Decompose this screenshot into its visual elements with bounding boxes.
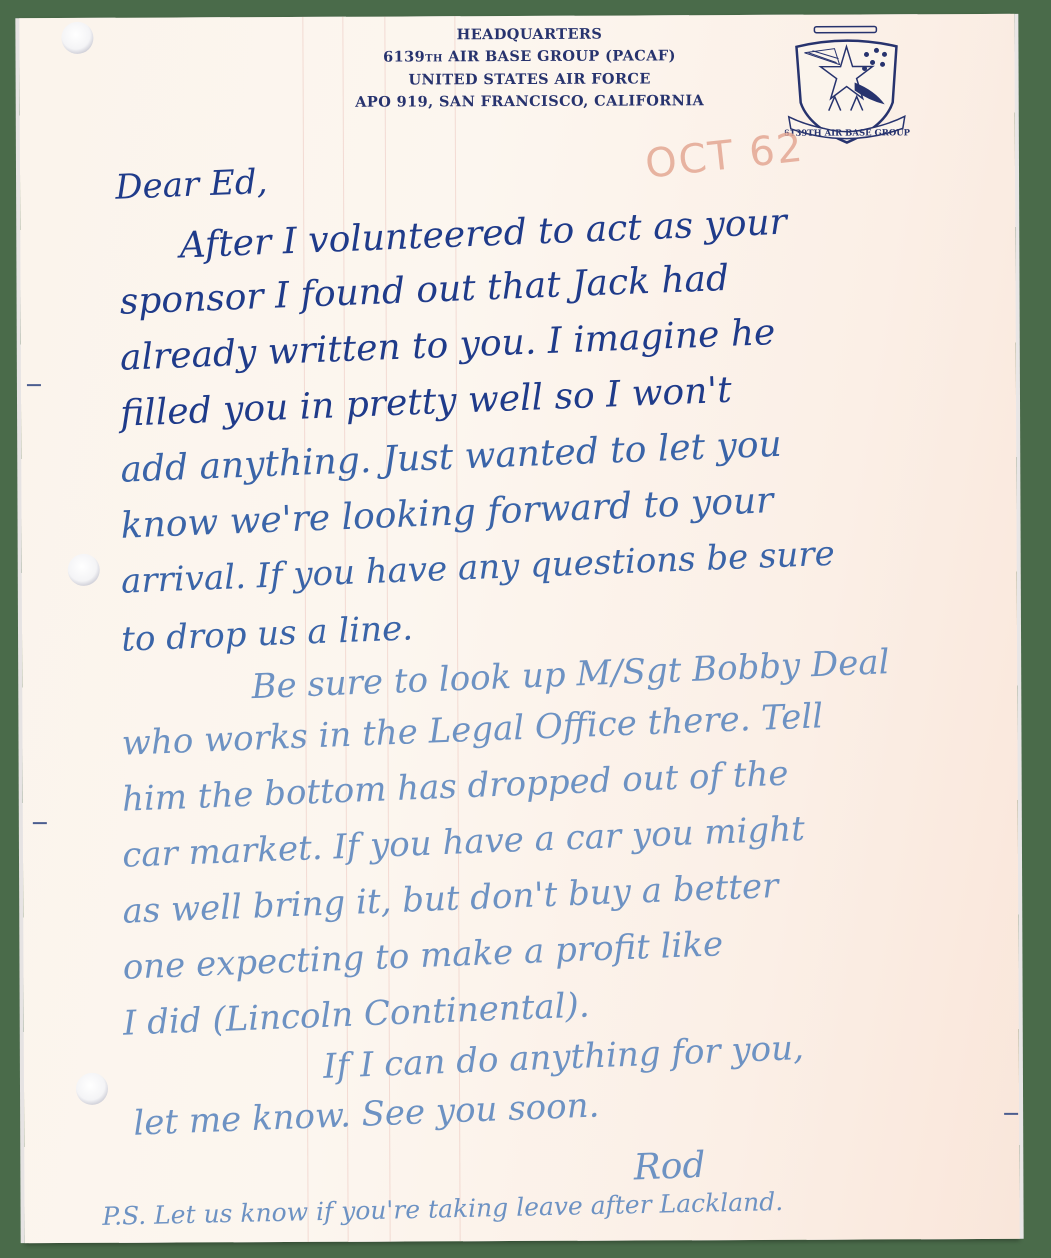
letter-paper: HEADQUARTERS 6139TH AIR BASE GROUP (PACA…: [19, 14, 1019, 1243]
letter-line: I did (Lincoln Continental).: [122, 985, 590, 1043]
letter-line: who works in the Legal Office there. Tel…: [121, 696, 824, 764]
letter-line: car market. If you have a car you might: [122, 809, 806, 876]
letter-line: already written to you. I imagine he: [119, 312, 776, 379]
letter-line: sponsor I found out that Jack had: [119, 258, 730, 323]
punch-hole-bottom: [76, 1073, 108, 1105]
salutation: Dear Ed,: [115, 162, 269, 208]
letter-line: one expecting to make a profit like: [122, 924, 724, 988]
date-stamp: OCT 62: [643, 125, 807, 188]
letter-line: to drop us a line.: [121, 608, 414, 659]
letterhead: HEADQUARTERS 6139TH AIR BASE GROUP (PACA…: [329, 23, 729, 113]
postscript: P.S. Let us know if you're taking leave …: [102, 1187, 783, 1231]
margin-tick-mark: [1004, 1113, 1018, 1115]
letter-line: arrival. If you have any questions be su…: [120, 534, 835, 602]
letter-line: him the bottom has dropped out of the: [121, 754, 789, 820]
letter-line: If I can do anything for you,: [322, 1028, 804, 1087]
letter-line: know we're looking forward to your: [120, 480, 774, 547]
letter-line: add anything. Just wanted to let you: [120, 424, 783, 491]
air-base-group-shield-icon: 6139TH AIR BASE GROUP: [784, 24, 910, 153]
letter-line: After I volunteered to act as your: [179, 202, 788, 267]
signature: Rod: [633, 1145, 706, 1189]
letterhead-line-4: APO 919, SAN FRANCISCO, CALIFORNIA: [330, 90, 730, 113]
letter-line: as well bring it, but don't buy a better: [122, 866, 779, 932]
punch-hole-top: [61, 22, 93, 54]
letter-line: filled you in pretty well so I won't: [120, 370, 733, 435]
letter-line: let me know. See you soon.: [133, 1085, 600, 1143]
svg-text:6139TH AIR BASE GROUP: 6139TH AIR BASE GROUP: [784, 128, 910, 139]
punch-hole-middle: [68, 554, 100, 586]
letterhead-line-3: UNITED STATES AIR FORCE: [330, 68, 730, 91]
margin-tick-mark: [27, 384, 41, 386]
letterhead-line-2: 6139TH AIR BASE GROUP (PACAF): [329, 45, 729, 70]
letterhead-line-1: HEADQUARTERS: [329, 23, 729, 46]
margin-tick-mark: [33, 822, 47, 824]
